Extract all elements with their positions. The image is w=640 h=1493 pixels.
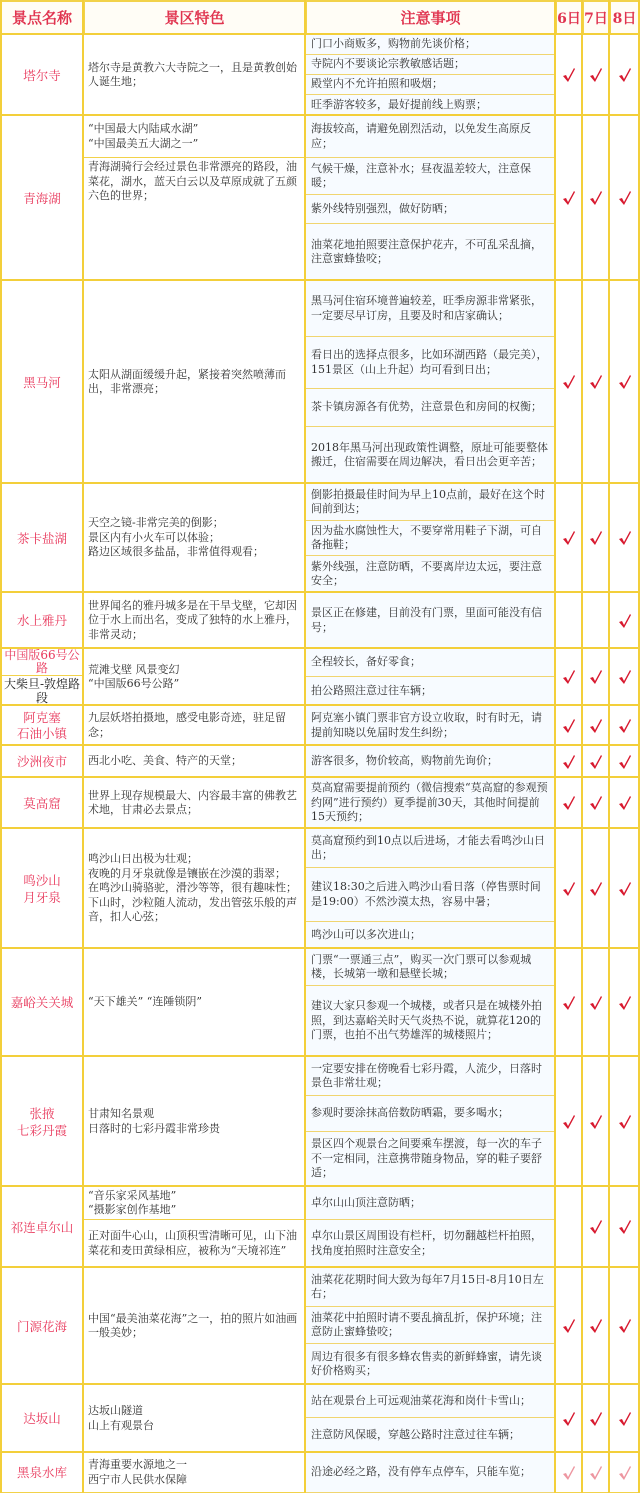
check-day-7	[582, 34, 610, 116]
checkmark-icon	[562, 995, 576, 1011]
check-day-6	[555, 1452, 583, 1493]
checkmark-icon	[589, 669, 603, 685]
check-day-8	[609, 115, 640, 281]
row-divider	[0, 33, 640, 35]
row-divider	[0, 1055, 640, 1057]
row-note: 门票“一票通三点”，购买一次门票可以参观城楼，长城第一墩和悬壁长城；	[305, 948, 556, 986]
check-day-7	[582, 1267, 610, 1385]
check-day-7	[582, 948, 610, 1057]
row-features: “中国最大内陆咸水湖” “中国最美五大湖之一”	[83, 115, 306, 158]
header-notes: 注意事项	[305, 0, 556, 35]
row-name-route66: 中国版66号公路	[0, 648, 84, 676]
row-note: 卓尔山山顶注意防晒；	[305, 1186, 556, 1220]
row-divider	[0, 1383, 640, 1385]
checkmark-icon	[618, 1219, 632, 1235]
row-name-heiquan-reservoir: 黑泉水库	[0, 1452, 84, 1493]
checkmark-icon	[589, 1318, 603, 1334]
check-day-7	[582, 483, 610, 593]
row-name-jiayuguan: 嘉峪关关城	[0, 948, 84, 1057]
row-note: 紫外线特别强烈，做好防晒；	[305, 194, 556, 224]
col-divider	[608, 0, 610, 1493]
check-day-7	[582, 280, 610, 484]
checkmark-icon	[589, 1465, 603, 1481]
row-note: 紫外线强，注意防晒，不要离岸边太远，要注意安全；	[305, 555, 556, 593]
check-day-8	[609, 745, 640, 778]
row-features: “音乐家采风基地” “摄影家创作基地”	[83, 1186, 306, 1220]
row-note: 殿堂内不允许拍照和吸烟；	[305, 74, 556, 95]
checkmark-icon	[589, 1411, 603, 1427]
check-day-6	[555, 115, 583, 281]
checkmark-icon	[618, 995, 632, 1011]
row-note: 沿途必经之路，没有停车点停车，只能车览；	[305, 1452, 556, 1493]
checkmark-icon	[562, 1318, 576, 1334]
row-note: 建议大家只参观一个城楼，或者只是在城楼外拍照，到达嘉峪关时天气炎热不说，就算花1…	[305, 985, 556, 1057]
check-day-7	[582, 828, 610, 949]
checkmark-icon	[618, 754, 632, 770]
row-note: 莫高窟需要提前预约（微信搜索“莫高窟的参观预约网”进行预约）夏季提前30天，其他…	[305, 777, 556, 829]
row-name-shuishang-yadan: 水上雅丹	[0, 592, 84, 649]
check-day-8	[609, 828, 640, 949]
checkmark-icon	[618, 1411, 632, 1427]
checkmark-icon	[589, 374, 603, 390]
check-day-8	[609, 1452, 640, 1493]
checkmark-icon	[589, 881, 603, 897]
row-note: 门口小商贩多，购物前先谈价格；	[305, 34, 556, 55]
checkmark-icon	[618, 613, 632, 629]
check-day-8	[609, 280, 640, 484]
check-day-6	[555, 1267, 583, 1385]
row-name-taersi: 塔尔寺	[0, 34, 84, 116]
row-note: 黑马河住宿环境普遍较差，旺季房源非常紧张，一定要尽早订房，且要及时和店家确认；	[305, 280, 556, 337]
checkmark-icon	[618, 530, 632, 546]
checkmark-icon	[589, 795, 603, 811]
check-day-7	[582, 648, 610, 706]
row-name-mogao-caves: 莫高窟	[0, 777, 84, 829]
row-note: 参观时要涂抹高倍数防晒霜，要多喝水；	[305, 1095, 556, 1132]
check-day-6	[555, 648, 583, 706]
check-day-6	[555, 705, 583, 746]
row-name-chaka: 茶卡盐湖	[0, 483, 84, 593]
checkmark-icon	[618, 1465, 632, 1481]
checkmark-icon	[618, 795, 632, 811]
check-day-8	[609, 705, 640, 746]
checkmark-icon	[589, 530, 603, 546]
row-name-qilian-zhuoer: 祁连卓尔山	[0, 1186, 84, 1268]
row-name-heimahe: 黑马河	[0, 280, 84, 484]
check-day-8	[609, 592, 640, 649]
row-note: 鸣沙山可以多次进山；	[305, 921, 556, 949]
checkmark-icon	[562, 190, 576, 206]
check-day-6	[555, 777, 583, 829]
row-note: 周边有很多有很多蜂农售卖的新鲜蜂蜜，请先谈好价格购买；	[305, 1343, 556, 1385]
row-features: 太阳从湖面缓缓升起，紧接着突然喷薄而出，非常漂亮；	[83, 280, 306, 484]
row-features: 塔尔寺是黄教六大寺院之一，且是黄教创始人诞生地；	[83, 34, 306, 116]
checkmark-icon	[618, 669, 632, 685]
row-note: 注意防风保暖，穿越公路时注意过往车辆；	[305, 1417, 556, 1453]
row-note: 茶卡镇房源各有优势，注意景色和房间的权衡；	[305, 388, 556, 427]
row-note: 2018年黑马河出现政策性调整，原址可能要整体搬迁，住宿需要在周边解决，看日出会…	[305, 426, 556, 484]
row-name-daban-mountain: 达坂山	[0, 1384, 84, 1453]
check-day-6	[555, 828, 583, 949]
row-divider	[0, 647, 640, 649]
checkmark-icon	[589, 190, 603, 206]
row-note: 建议18:30之后进入鸣沙山看日落（停售票时间是19:00）不然沙漠太热，容易中…	[305, 867, 556, 922]
row-divider	[0, 744, 640, 746]
row-note: 景区正在修建，目前没有门票，里面可能没有信号；	[305, 592, 556, 649]
row-note: 站在观景台上可远观油菜花海和岗什卡雪山；	[305, 1384, 556, 1418]
checkmark-icon	[589, 67, 603, 83]
checkmark-icon	[589, 754, 603, 770]
checkmark-icon	[562, 669, 576, 685]
row-note: 拍公路照注意过往车辆；	[305, 676, 556, 706]
check-day-7	[582, 1056, 610, 1187]
row-note: 油菜花中拍照时请不要乱摘乱折，保护环境；注意防止蜜蜂蛰咬；	[305, 1306, 556, 1344]
checkmark-icon	[589, 718, 603, 734]
check-day-8	[609, 948, 640, 1057]
row-divider	[0, 1185, 640, 1187]
row-features: 世界闻名的雅丹城多是在干旱戈壁，它却因位于水上而出名，变成了独特的水上雅丹，非常…	[83, 592, 306, 649]
row-features: 达坂山隧道 山上有观景台	[83, 1384, 306, 1453]
check-day-8	[609, 34, 640, 116]
checkmark-icon	[562, 374, 576, 390]
check-day-8	[609, 1186, 640, 1268]
row-note: 卓尔山景区周围设有栏杆，切勿翻越栏杆拍照，找角度拍照时注意安全；	[305, 1219, 556, 1268]
row-note: 阿克塞小镇门票非官方设立收取，时有时无，请提前知晓以免届时发生纠纷；	[305, 705, 556, 746]
checkmark-icon	[618, 881, 632, 897]
checkmark-icon	[618, 1114, 632, 1130]
row-name-zhangye-danxia: 张掖 七彩丹霞	[0, 1056, 84, 1187]
row-note: 寺院内不要谈论宗教敏感话题；	[305, 54, 556, 75]
check-day-7	[582, 705, 610, 746]
check-day-6	[555, 34, 583, 116]
row-note: 一定要安排在傍晚看七彩丹霞，人流少，日落时景色非常壮观；	[305, 1056, 556, 1096]
row-features: 正对面牛心山，山顶积雪清晰可见，山下油菜花和麦田黄绿相应，被称为“天境祁连”	[83, 1219, 306, 1268]
check-day-8	[609, 1384, 640, 1453]
row-name-mingsha-mountain: 鸣沙山 月牙泉	[0, 828, 84, 949]
row-note: 景区四个观景台之间要乘车摆渡，每一次的车子不一定相同，注意携带随身物品，穿的鞋子…	[305, 1131, 556, 1187]
row-divider	[0, 279, 640, 281]
col-divider	[581, 0, 583, 1493]
row-divider	[0, 114, 640, 116]
checkmark-icon	[562, 718, 576, 734]
checkmark-icon	[618, 1318, 632, 1334]
row-note: 倒影拍摄最佳时间为早上10点前，最好在这个时间前到达；	[305, 483, 556, 521]
checkmark-icon	[562, 1114, 576, 1130]
row-divider	[0, 482, 640, 484]
row-name-shazhou-night-market: 沙洲夜市	[0, 745, 84, 778]
header-day-6: 6日	[555, 0, 583, 35]
checkmark-icon	[589, 995, 603, 1011]
check-day-7	[582, 1452, 610, 1493]
row-note: 海拔较高，请避免剧烈活动，以免发生高原反应；	[305, 115, 556, 158]
checkmark-icon	[589, 1219, 603, 1235]
checkmark-icon	[562, 1411, 576, 1427]
check-day-6	[555, 483, 583, 593]
check-day-6	[555, 1056, 583, 1187]
row-features: 世界上现存规模最大、内容最丰富的佛教艺术地，甘肃必去景点；	[83, 777, 306, 829]
row-name-route66-sub: 大柴旦-敦煌路段	[0, 675, 84, 706]
col-divider	[304, 0, 306, 1493]
checkmark-icon	[562, 67, 576, 83]
header-features: 景区特色	[83, 0, 306, 35]
row-note: 因为盐水腐蚀性大，不要穿常用鞋子下湖，可自备拖鞋；	[305, 520, 556, 556]
check-day-8	[609, 1267, 640, 1385]
check-day-6	[555, 948, 583, 1057]
row-name-menyuan-flowers: 门源花海	[0, 1267, 84, 1385]
check-day-8	[609, 777, 640, 829]
row-note: 油菜花花期时间大致为每年7月15日-8月10日左右；	[305, 1267, 556, 1307]
check-day-6-empty	[555, 1186, 583, 1268]
row-divider	[0, 827, 640, 829]
col-divider	[554, 0, 556, 1493]
row-features: 青海重要水源地之一 西宁市人民供水保障	[83, 1452, 306, 1493]
row-features: 荒滩戈壁 风景变幻 “中国版66号公路”	[83, 648, 306, 706]
row-features: 天空之镜-非常完美的倒影； 景区内有小火车可以体验； 路边区域很多盐晶，非常值得…	[83, 483, 306, 593]
row-note: 全程较长，备好零食；	[305, 648, 556, 677]
check-day-7	[582, 1384, 610, 1453]
check-day-6-empty	[555, 592, 583, 649]
row-divider	[0, 591, 640, 593]
checkmark-icon	[589, 1114, 603, 1130]
check-day-7	[582, 1186, 610, 1268]
checkmark-icon	[618, 718, 632, 734]
row-name-qinghaihu: 青海湖	[0, 115, 84, 281]
checkmark-icon	[618, 374, 632, 390]
row-name-akesai: 阿克塞 石油小镇	[0, 705, 84, 746]
row-note: 气候干燥，注意补水；昼夜温差较大，注意保暖；	[305, 157, 556, 195]
check-day-6	[555, 745, 583, 778]
row-note: 旺季游客较多，最好提前线上购票；	[305, 94, 556, 116]
row-divider	[0, 776, 640, 778]
check-day-6	[555, 280, 583, 484]
row-note: 油菜花地拍照要注意保护花卉，不可乱采乱摘，注意蜜蜂蛰咬；	[305, 223, 556, 281]
row-divider	[0, 704, 640, 706]
check-day-8	[609, 648, 640, 706]
check-day-7	[582, 745, 610, 778]
header-name: 景点名称	[0, 0, 84, 35]
checkmark-icon	[562, 881, 576, 897]
check-day-7	[582, 115, 610, 281]
row-features: 青海湖骑行会经过景色非常漂亮的路段，油菜花，湖水，蓝天白云以及草原成就了五颜六色…	[83, 157, 306, 281]
itinerary-table: 景点名称 景区特色 注意事项 6日 7日 8日 塔尔寺 塔尔寺是黄教六大寺院之一…	[0, 0, 640, 1493]
header-day-8: 8日	[609, 0, 640, 35]
col-divider	[0, 0, 2, 1493]
row-note: 莫高窟预约到10点以后进场，才能去看鸣沙山日出；	[305, 828, 556, 868]
checkmark-icon	[618, 67, 632, 83]
row-divider	[0, 1451, 640, 1453]
row-note: 看日出的选择点很多，比如环湖西路（最完美），151景区（山上升起）均可看到日出；	[305, 336, 556, 389]
row-features: 九层妖塔拍摄地，感受电影奇迹，驻足留念；	[83, 705, 306, 746]
check-day-6	[555, 1384, 583, 1453]
row-features: 中国“最美油菜花海”之一，拍的照片如油画一般美妙；	[83, 1267, 306, 1385]
checkmark-icon	[562, 795, 576, 811]
check-day-8	[609, 483, 640, 593]
check-day-7-empty	[582, 592, 610, 649]
col-divider	[82, 0, 84, 1493]
row-note: 游客很多，物价较高，购物前先询价；	[305, 745, 556, 778]
row-divider	[0, 947, 640, 949]
checkmark-icon	[618, 190, 632, 206]
row-features: 鸣沙山日出极为壮观； 夜晚的月牙泉就像是镶嵌在沙漠的翡翠； 在鸣沙山骑骆驼，滑沙…	[83, 828, 306, 949]
check-day-8	[609, 1056, 640, 1187]
row-features: 西北小吃、美食、特产的天堂；	[83, 745, 306, 778]
header-day-7: 7日	[582, 0, 610, 35]
checkmark-icon	[562, 530, 576, 546]
checkmark-icon	[562, 754, 576, 770]
checkmark-icon	[562, 1465, 576, 1481]
check-day-7	[582, 777, 610, 829]
row-features: “天下雄关” “连陲锁阴”	[83, 948, 306, 1057]
row-divider	[0, 1266, 640, 1268]
row-features: 甘肃知名景观 日落时的七彩丹霞非常珍贵	[83, 1056, 306, 1187]
